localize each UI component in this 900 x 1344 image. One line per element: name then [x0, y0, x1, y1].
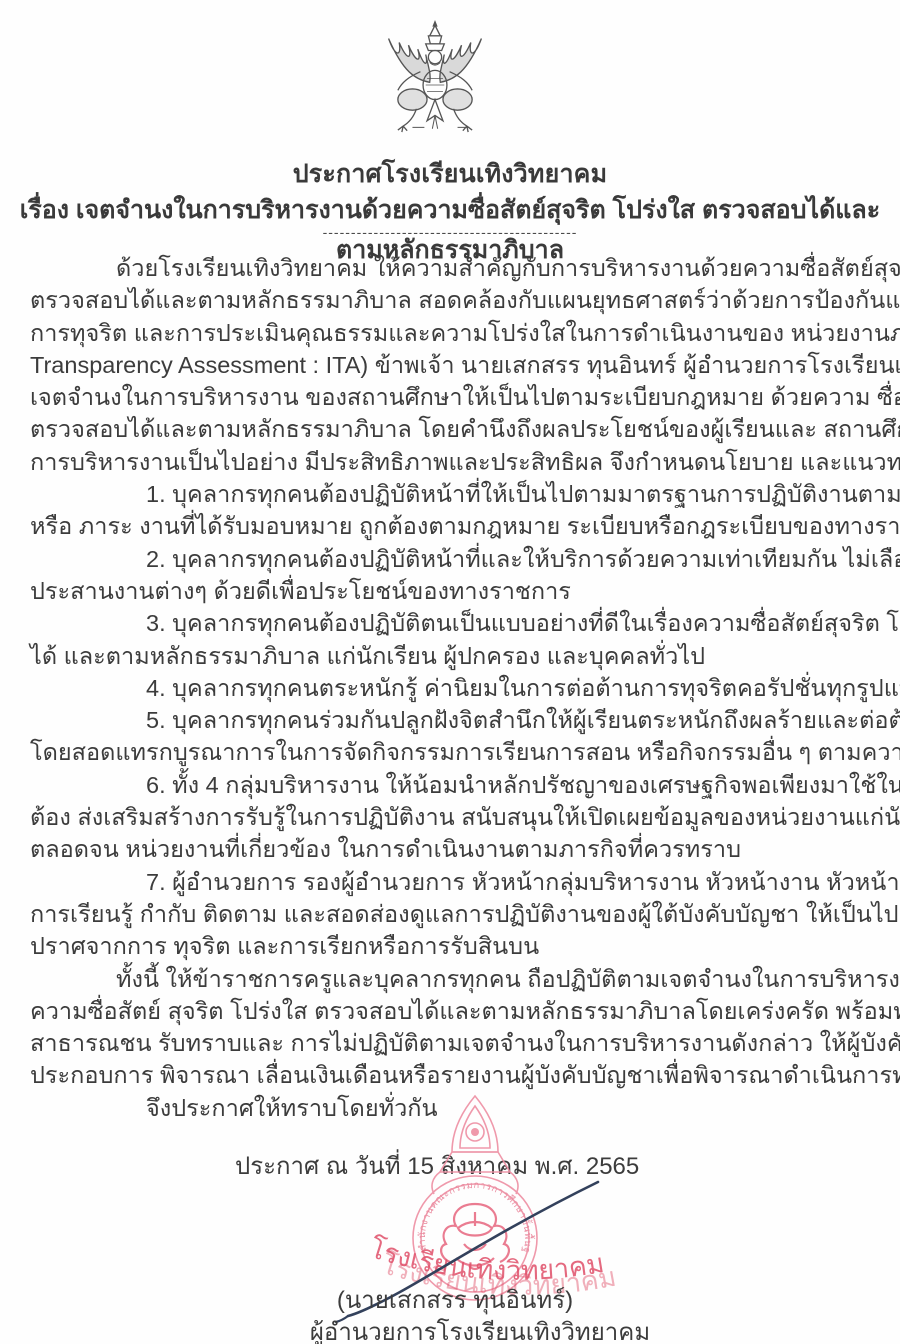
body-line: ประสานงานต่างๆ ด้วยดีเพื่อประโยชน์ของทาง… [30, 575, 875, 607]
body-line: การบริหารงานเป็นไปอย่าง มีประสิทธิภาพและ… [30, 446, 875, 478]
body-line: โดยสอดแทรกบูรณาการในการจัดกิจกรรมการเรีย… [30, 736, 875, 768]
announcement-title: ประกาศโรงเรียนเทิงวิทยาคม [0, 154, 900, 194]
body-line-item-4: 4. บุคลากรทุกคนตระหนักรู้ ค่านิยมในการต่… [30, 672, 875, 704]
body-line: การทุจริต และการประเมินคุณธรรมและความโปร… [30, 317, 875, 349]
body-line: การเรียนรู้ กำกับ ติดตาม และสอดส่องดูแลก… [30, 898, 875, 930]
body-line: สาธารณชน รับทราบและ การไม่ปฏิบัติตามเจตจ… [30, 1027, 875, 1059]
dashed-divider: ----------------------------------------… [0, 224, 900, 240]
svg-text:โรงเรียนเทิงวิทยาคม: โรงเรียนเทิงวิทยาคม [366, 1233, 606, 1286]
body-line-item-2: 2. บุคลากรทุกคนต้องปฏิบัติหน้าที่และให้บ… [30, 543, 875, 575]
scanned-document-page: ประกาศโรงเรียนเทิงวิทยาคม เรื่อง เจตจำนง… [0, 0, 900, 1344]
body-line: ประกอบการ พิจารณา เลื่อนเงินเดือนหรือราย… [30, 1059, 875, 1091]
body-line-closing: จึงประกาศให้ทราบโดยทั่วกัน [30, 1092, 875, 1124]
signer-title: ผู้อำนวยการโรงเรียนเทิงวิทยาคม [290, 1312, 670, 1344]
garuda-emblem-icon [368, 16, 502, 142]
body-line-item-7: 7. ผู้อำนวยการ รองผู้อำนวยการ หัวหน้ากลุ… [30, 866, 875, 898]
body-line: หรือ ภาระ งานที่ได้รับมอบหมาย ถูกต้องตาม… [30, 510, 875, 542]
body-line-item-5: 5. บุคลากรทุกคนร่วมกันปลูกฝังจิตสำนึกให้… [30, 704, 875, 736]
body-line: ได้ และตามหลักธรรมาภิบาล แก่นักเรียน ผู้… [30, 640, 875, 672]
body-line: Transparency Assessment : ITA) ข้าพเจ้า … [30, 349, 875, 381]
body-line: ตรวจสอบได้และตามหลักธรรมาภิบาล สอดคล้องก… [30, 284, 875, 316]
body-line: ตลอดจน หน่วยงานที่เกี่ยวข้อง ในการดำเนิน… [30, 833, 875, 865]
body-line: ด้วยโรงเรียนเทิงวิทยาคม ให้ความสำคัญกับก… [30, 252, 875, 284]
body-line: ตรวจสอบได้และตามหลักธรรมาภิบาล โดยคำนึงถ… [30, 413, 875, 445]
body-line-item-3: 3. บุคลากรทุกคนต้องปฏิบัติตนเป็นแบบอย่าง… [30, 607, 875, 639]
body-line: เจตจำนงในการบริหารงาน ของสถานศึกษาให้เป็… [30, 381, 875, 413]
body-text: ด้วยโรงเรียนเทิงวิทยาคม ให้ความสำคัญกับก… [30, 252, 875, 1124]
body-line: ต้อง ส่งเสริมสร้างการรับรู้ในการปฏิบัติง… [30, 801, 875, 833]
body-line: ทั้งนี้ ให้ข้าราชการครูและบุคลากรทุกคน ถ… [30, 963, 875, 995]
body-line-item-6: 6. ทั้ง 4 กลุ่มบริหารงาน ให้น้อมนำหลักปร… [30, 769, 875, 801]
body-line: ปราศจากการ ทุจริต และการเรียกหรือการรับส… [30, 930, 875, 962]
body-line-item-1: 1. บุคลากรทุกคนต้องปฏิบัติหน้าที่ให้เป็น… [30, 478, 875, 510]
body-line: ความซื่อสัตย์ สุจริต โปร่งใส ตรวจสอบได้แ… [30, 995, 875, 1027]
stamp-school-name: โรงเรียนเทิงวิทยาคม [366, 1233, 606, 1286]
announcement-date: ประกาศ ณ วันที่ 15 สิงหาคม พ.ศ. 2565 [235, 1146, 639, 1185]
